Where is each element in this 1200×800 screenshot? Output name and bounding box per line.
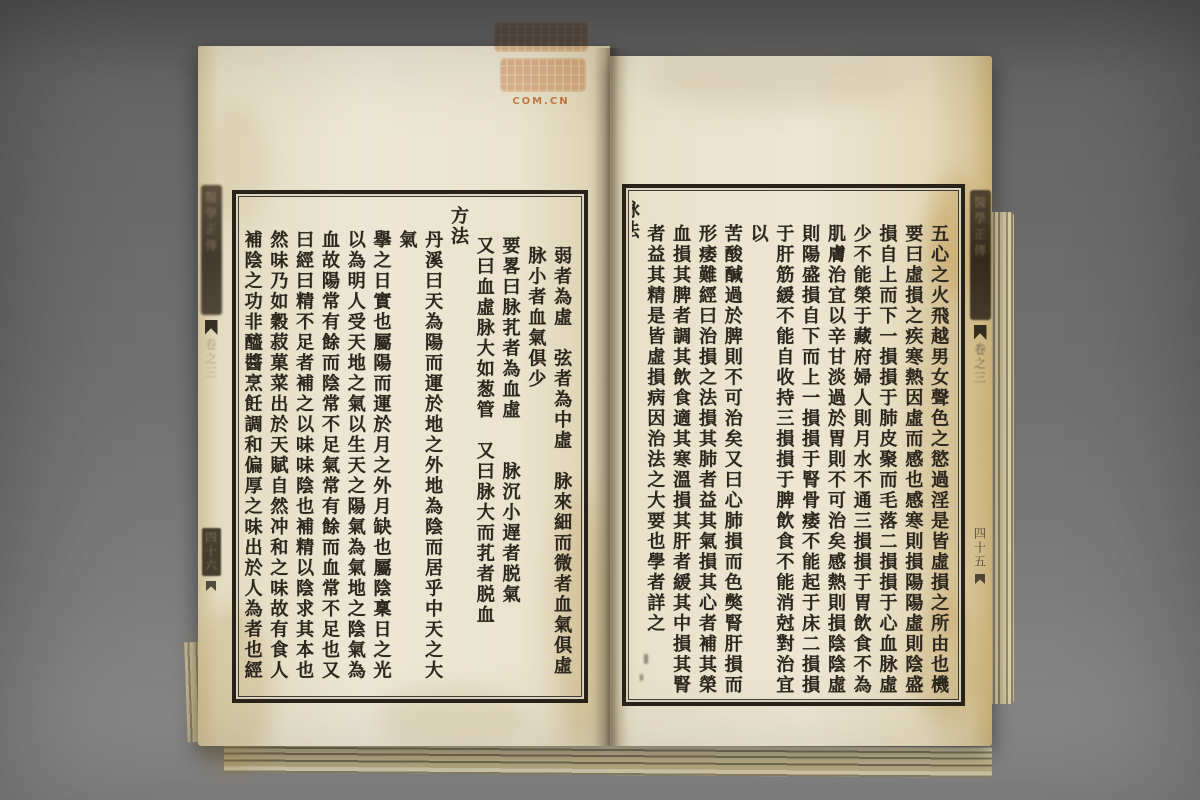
fishtail-mark-icon: [974, 325, 987, 340]
text-column: 者益其精是皆虛損病因治法之大要也學者詳之: [641, 192, 667, 696]
page-number-label: 四十五: [972, 527, 989, 569]
spine-title-label: 醫學正傳: [201, 185, 222, 315]
volume-label: 卷之三: [203, 338, 220, 380]
text-column: 肌膚治宜以辛甘淡過於胃則不可治矣感熱則損陰陰虛: [822, 192, 848, 696]
text-column: 然味乃如穀菽菓菜出於天賦自然冲和之味故有食人: [264, 198, 290, 693]
volume-label: 卷之三: [972, 343, 989, 385]
page-edges-bottom: [224, 742, 992, 777]
fishtail-mark-icon: [205, 320, 218, 335]
left-page-columns: 弱者為虛 弦者為中虛 脉來細而微者血氣倶虛脉小者血氣倶少要畧曰脉芤者為血虛 脉沉…: [242, 198, 574, 693]
watermark-text: COM.CN: [492, 96, 590, 107]
text-column: 血損其脾者調其飲食適其寒溫損其肝者緩其中損其腎: [667, 192, 693, 696]
photo-background: COM.CN 醫學正傳 卷之三 四十六 弱者為虛 弦者為中虛 脉來細而微者血氣倶…: [0, 0, 1200, 800]
text-column: 要畧曰脉芤者為血虛 脉沉小遅者脱氣: [497, 198, 523, 693]
text-column: 血故陽常有餘而陰常不足氣常有餘而血常不足也又: [316, 198, 342, 693]
text-column: 丹溪曰天為陽而運於地之外地為陰而居乎中天之大氣: [393, 198, 445, 693]
watermark: COM.CN: [492, 14, 590, 110]
text-column: 脉法: [632, 192, 641, 696]
text-column: 損自上而下一損損于肺皮聚而毛落二損損于心血脉虛: [874, 192, 900, 696]
spine-title-label: 醫學正傳: [970, 190, 991, 320]
right-spine-margin: 醫學正傳 卷之三 四十五: [969, 190, 991, 584]
book-gutter-shadow: [594, 48, 628, 746]
fishtail-mark-icon: [975, 574, 985, 584]
right-page-columns: 五心之火飛越男女聲色之慾過淫是皆虛損之所由也機要曰虛損之疾寒熱因虛而感也感寒則損…: [632, 192, 951, 696]
text-column: 以為明人受天地之氣以生天之陽氣為氣地之陰氣為: [342, 198, 368, 693]
left-spine-margin: 醫學正傳 卷之三 四十六: [201, 185, 221, 591]
left-page-text-frame: 弱者為虛 弦者為中虛 脉來細而微者血氣倶虛脉小者血氣倶少要畧曰脉芤者為血虛 脉沉…: [232, 190, 588, 703]
text-column: 脉小者血氣倶少: [522, 198, 548, 693]
text-column: 則陽盛損自下而上一損損于腎骨痿不能起于床二損損: [796, 192, 822, 696]
text-column: 要曰虛損之疾寒熱因虛而感也感寒則損陽陽虛則陰盛: [899, 192, 925, 696]
left-page: 醫學正傳 卷之三 四十六 弱者為虛 弦者為中虛 脉來細而微者血氣倶虛脉小者血氣倶…: [198, 46, 610, 746]
text-column: 形痿難經曰治損之法損其肺者益其氣損其心者補其榮: [693, 192, 719, 696]
text-column: 五心之火飛越男女聲色之慾過淫是皆虛損之所由也機: [925, 192, 951, 696]
right-page-text-frame: 五心之火飛越男女聲色之慾過淫是皆虛損之所由也機要曰虛損之疾寒熱因虛而感也感寒則損…: [622, 184, 965, 706]
text-column: 弱者為虛 弦者為中虛 脉來細而微者血氣倶虛: [548, 198, 574, 693]
watermark-seal-bottom-icon: [500, 58, 586, 92]
fishtail-mark-icon: [206, 581, 216, 591]
text-column: 擧之日實也屬陽而運於月之外月缺也屬陰稟日之光: [368, 198, 394, 693]
right-page: 醫學正傳 卷之三 四十五 五心之火飛越男女聲色之慾過淫是皆虛損之所由也機要曰虛損…: [610, 56, 992, 746]
book: 醫學正傳 卷之三 四十六 弱者為虛 弦者為中虛 脉來細而微者血氣倶虛脉小者血氣倶…: [0, 0, 1200, 800]
page-number-label: 四十六: [202, 528, 221, 576]
text-column: 補陰之功非醯醬烹飪調和偏厚之味出於人為者也經: [242, 198, 264, 693]
text-column: 曰經曰精不足者補之以味味陰也補精以陰求其本也: [290, 198, 316, 693]
text-column: 又曰血虛脉大如葱管 又曰脉大而芤者脱血: [471, 198, 497, 693]
paper-stain: [650, 52, 900, 110]
text-column: 苦酸醎過於脾則不可治矣又曰心肺損而色獘腎肝損而: [719, 192, 745, 696]
text-column: 少不能榮于藏府婦人則月水不通三損損于胃飲食不為: [848, 192, 874, 696]
watermark-seal-top-icon: [494, 22, 588, 52]
page-edges-right: [990, 212, 1014, 704]
text-column: 于肝筋緩不能自收持三損損于脾飲食不能消尅對治宜以: [745, 192, 797, 696]
text-column: 方法: [445, 198, 471, 693]
